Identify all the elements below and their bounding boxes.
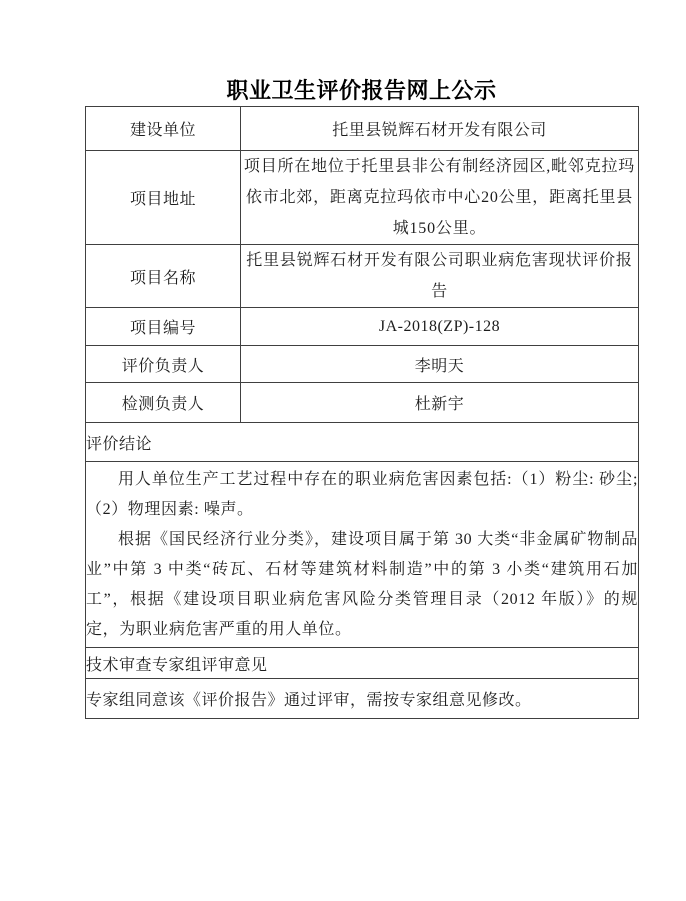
field-row-construction-unit: 建设单位 托里县锐辉石材开发有限公司 (86, 107, 639, 151)
field-row-project-address: 项目地址 项目所在地位于托里县非公有制经济园区,毗邻克拉玛依市北郊，距离克拉玛依… (86, 151, 639, 245)
field-value-project-number: JA-2018(ZP)-128 (241, 308, 639, 346)
expert-review-header-row: 技术审查专家组评审意见 (86, 648, 639, 679)
conclusion-body: 用人单位生产工艺过程中存在的职业病危害因素包括:（1）粉尘: 砂尘;（2）物理因… (86, 462, 639, 648)
field-label-project-number: 项目编号 (86, 308, 241, 346)
page-title: 职业卫生评价报告网上公示 (85, 79, 638, 103)
expert-review-comment-row: 专家组同意该《评价报告》通过评审，需按专家组意见修改。 (86, 679, 639, 719)
expert-review-header: 技术审查专家组评审意见 (86, 648, 639, 679)
expert-review-comment: 专家组同意该《评价报告》通过评审，需按专家组意见修改。 (86, 679, 639, 719)
field-row-project-name: 项目名称 托里县锐辉石材开发有限公司职业病危害现状评价报告 (86, 245, 639, 308)
field-value-project-address: 项目所在地位于托里县非公有制经济园区,毗邻克拉玛依市北郊，距离克拉玛依市中心20… (241, 151, 639, 245)
field-label-project-name: 项目名称 (86, 245, 241, 308)
conclusion-header: 评价结论 (86, 423, 639, 462)
field-label-project-address: 项目地址 (86, 151, 241, 245)
field-row-evaluation-lead: 评价负责人 李明天 (86, 346, 639, 383)
conclusion-header-row: 评价结论 (86, 423, 639, 462)
field-label-construction-unit: 建设单位 (86, 107, 241, 151)
conclusion-paragraph-hazard-factors: 用人单位生产工艺过程中存在的职业病危害因素包括:（1）粉尘: 砂尘;（2）物理因… (86, 465, 638, 525)
field-value-construction-unit: 托里县锐辉石材开发有限公司 (241, 107, 639, 151)
conclusion-body-row: 用人单位生产工艺过程中存在的职业病危害因素包括:（1）粉尘: 砂尘;（2）物理因… (86, 462, 639, 648)
field-value-testing-lead: 杜新宇 (241, 383, 639, 423)
field-value-evaluation-lead: 李明天 (241, 346, 639, 383)
report-table: 建设单位 托里县锐辉石材开发有限公司 项目地址 项目所在地位于托里县非公有制经济… (85, 106, 639, 719)
document-page: 职业卫生评价报告网上公示 建设单位 托里县锐辉石材开发有限公司 项目地址 项目所… (0, 0, 686, 901)
field-label-evaluation-lead: 评价负责人 (86, 346, 241, 383)
field-row-project-number: 项目编号 JA-2018(ZP)-128 (86, 308, 639, 346)
field-label-testing-lead: 检测负责人 (86, 383, 241, 423)
field-value-project-name: 托里县锐辉石材开发有限公司职业病危害现状评价报告 (241, 245, 639, 308)
conclusion-paragraph-classification: 根据《国民经济行业分类》，建设项目属于第 30 大类“非金属矿物制品业”中第 3… (86, 525, 638, 645)
field-row-testing-lead: 检测负责人 杜新宇 (86, 383, 639, 423)
